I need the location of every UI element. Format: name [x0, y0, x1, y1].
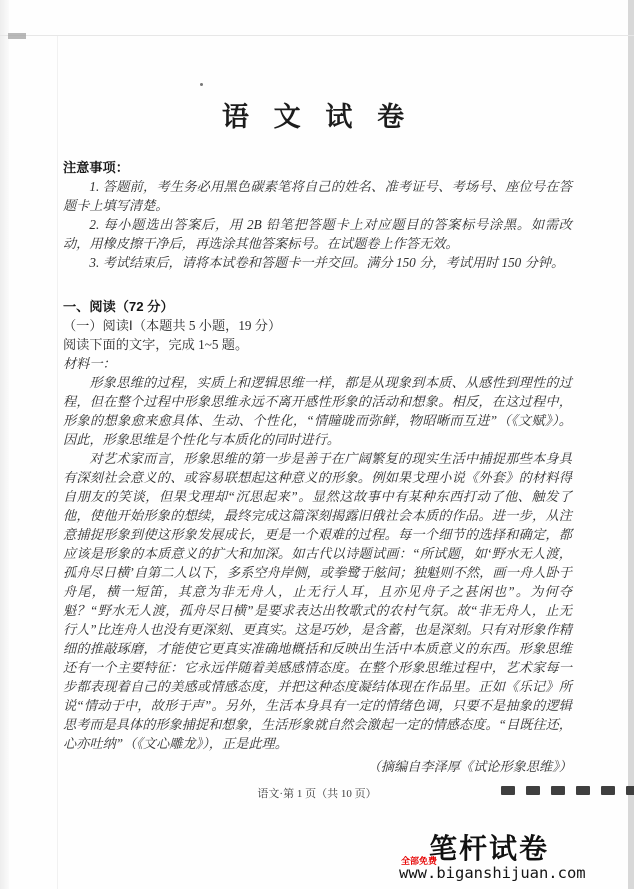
paper-content: 语 文 试 卷 注意事项： 1. 答题前，考生务必用黑色碳素笔将自己的姓名、准考…: [63, 0, 572, 776]
scan-left-edge: [0, 0, 9, 889]
exam-paper-page: 语 文 试 卷 注意事项： 1. 答题前，考生务必用黑色碳素笔将自己的姓名、准考…: [0, 0, 634, 889]
registration-mark-square: [551, 786, 565, 795]
scan-corner-mark: [8, 33, 26, 39]
part-heading: 一、阅读（72 分）: [63, 297, 572, 316]
notice-item-3: 3. 考试结束后，请将本试卷和答题卡一并交回。满分 150 分，考试用时 150…: [63, 253, 572, 272]
sub-heading: （一）阅读Ⅰ（本题共 5 小题，19 分）: [63, 316, 572, 335]
instruction: 阅读下面的文字，完成 1~5 题。: [63, 335, 572, 354]
watermark-url: www.biganshijuan.com: [399, 864, 579, 882]
notice-heading: 注意事项：: [63, 158, 572, 177]
reading-section: 一、阅读（72 分） （一）阅读Ⅰ（本题共 5 小题，19 分） 阅读下面的文字…: [63, 297, 572, 776]
material-paragraph-2: 对艺术家而言，形象思维的第一步是善于在广阔繁复的现实生活中捕捉那些本身具有深刻社…: [63, 449, 572, 753]
registration-mark-square: [576, 786, 590, 795]
notice-item-2: 2. 每小题选出答案后，用 2B 铅笔把答题卡上对应题目的答案标号涂黑。如需改动…: [63, 215, 572, 253]
scan-right-edge: [628, 0, 634, 889]
watermark: 笔杆试卷 全部免费 www.biganshijuan.com: [399, 834, 579, 882]
registration-mark-square: [601, 786, 615, 795]
material-paragraph-1: 形象思维的过程，实质上和逻辑思维一样，都是从现象到本质、从感性到理性的过程，但在…: [63, 373, 572, 449]
registration-mark-square: [626, 786, 634, 795]
scan-vertical-line: [57, 36, 58, 889]
material-label: 材料一：: [63, 354, 572, 373]
registration-marks: [501, 786, 634, 795]
attribution: （摘编自李泽厚《试论形象思维》）: [63, 757, 572, 776]
notice-item-1: 1. 答题前，考生务必用黑色碳素笔将自己的姓名、准考证号、考场号、座位号在答题卡…: [63, 177, 572, 215]
registration-mark-square: [526, 786, 540, 795]
watermark-tagline: 全部免费: [401, 857, 437, 866]
paper-title: 语 文 试 卷: [63, 100, 572, 134]
registration-mark-square: [501, 786, 515, 795]
notice-section: 注意事项： 1. 答题前，考生务必用黑色碳素笔将自己的姓名、准考证号、考场号、座…: [63, 158, 572, 272]
